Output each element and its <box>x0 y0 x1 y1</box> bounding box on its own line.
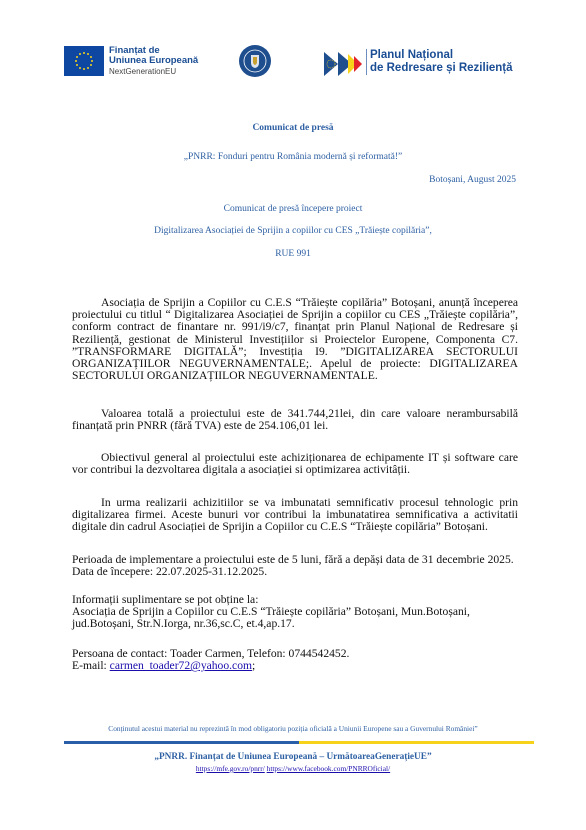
eu-funding-label: Finanțat de Uniunea Europeană NextGenera… <box>109 46 198 77</box>
document-date: Botoșani, August 2025 <box>429 175 516 185</box>
facebook-link[interactable]: https://www.facebook.com/PNRROficial/ <box>267 764 391 773</box>
eu-flag-icon <box>64 46 104 76</box>
paragraph-period: Perioada de implementare a proiectului e… <box>72 554 518 578</box>
pnrr-label: Planul Național de Redresare și Rezilien… <box>370 49 513 75</box>
project-name: Digitalizarea Asociației de Sprijin a co… <box>0 226 586 236</box>
divider-blue <box>64 741 299 744</box>
project-rue: RUE 991 <box>0 249 586 259</box>
footer-links: https://mfe.gov.ro/pnrr/ https://www.fac… <box>0 764 586 773</box>
footer-disclaimer: Conținutul acestui material nu reprezint… <box>0 724 586 733</box>
pnrr-line2: de Redresare și Reziliență <box>370 62 513 75</box>
email-label: E-mail: <box>72 659 110 672</box>
logo-separator <box>366 49 367 75</box>
document-subtitle: Comunicat de presă începere proiect <box>0 204 586 214</box>
paragraph-objective: Obiectivul general al proiectului este a… <box>72 452 518 476</box>
info-address: Asociația de Sprijin a Copiilor cu C.E.S… <box>72 606 518 630</box>
pnrr-arrows-icon <box>324 50 372 78</box>
pnrr-slogan: „PNRR: Fonduri pentru România modernă și… <box>0 152 586 162</box>
paragraph-results: In urma realizarii achizitiilor se va im… <box>72 497 518 534</box>
pnrr-line1: Planul Național <box>370 49 513 62</box>
contact-email-line: E-mail: carmen_toader72@yahoo.com; <box>72 660 518 672</box>
paragraph-info: Informații suplimentare se pot obține la… <box>72 594 518 631</box>
paragraph-announcement: Asociația de Sprijin a Copiilor cu C.E.S… <box>72 297 518 382</box>
eu-line3: NextGenerationEU <box>109 67 198 77</box>
paragraph-contact: Persoana de contact: Toader Carmen, Tele… <box>72 648 518 672</box>
start-date-line: Data de începere: 22.07.2025-31.12.2025. <box>72 566 518 578</box>
email-suffix: ; <box>252 659 255 672</box>
divider-yellow <box>299 741 534 744</box>
romanian-government-seal-icon <box>238 44 272 78</box>
mfe-link[interactable]: https://mfe.gov.ro/pnrr/ <box>196 764 265 773</box>
footer-divider <box>64 741 534 744</box>
paragraph-value: Valoarea totală a proiectului este de 34… <box>72 408 518 432</box>
document-title: Comunicat de presă <box>0 123 586 133</box>
email-link[interactable]: carmen_toader72@yahoo.com <box>110 659 252 672</box>
footer-slogan: „PNRR. Finanțat de Uniunea Europeană – U… <box>0 752 586 762</box>
document-header: Finanțat de Uniunea Europeană NextGenera… <box>0 0 586 100</box>
eu-line2: Uniunea Europeană <box>109 56 198 66</box>
